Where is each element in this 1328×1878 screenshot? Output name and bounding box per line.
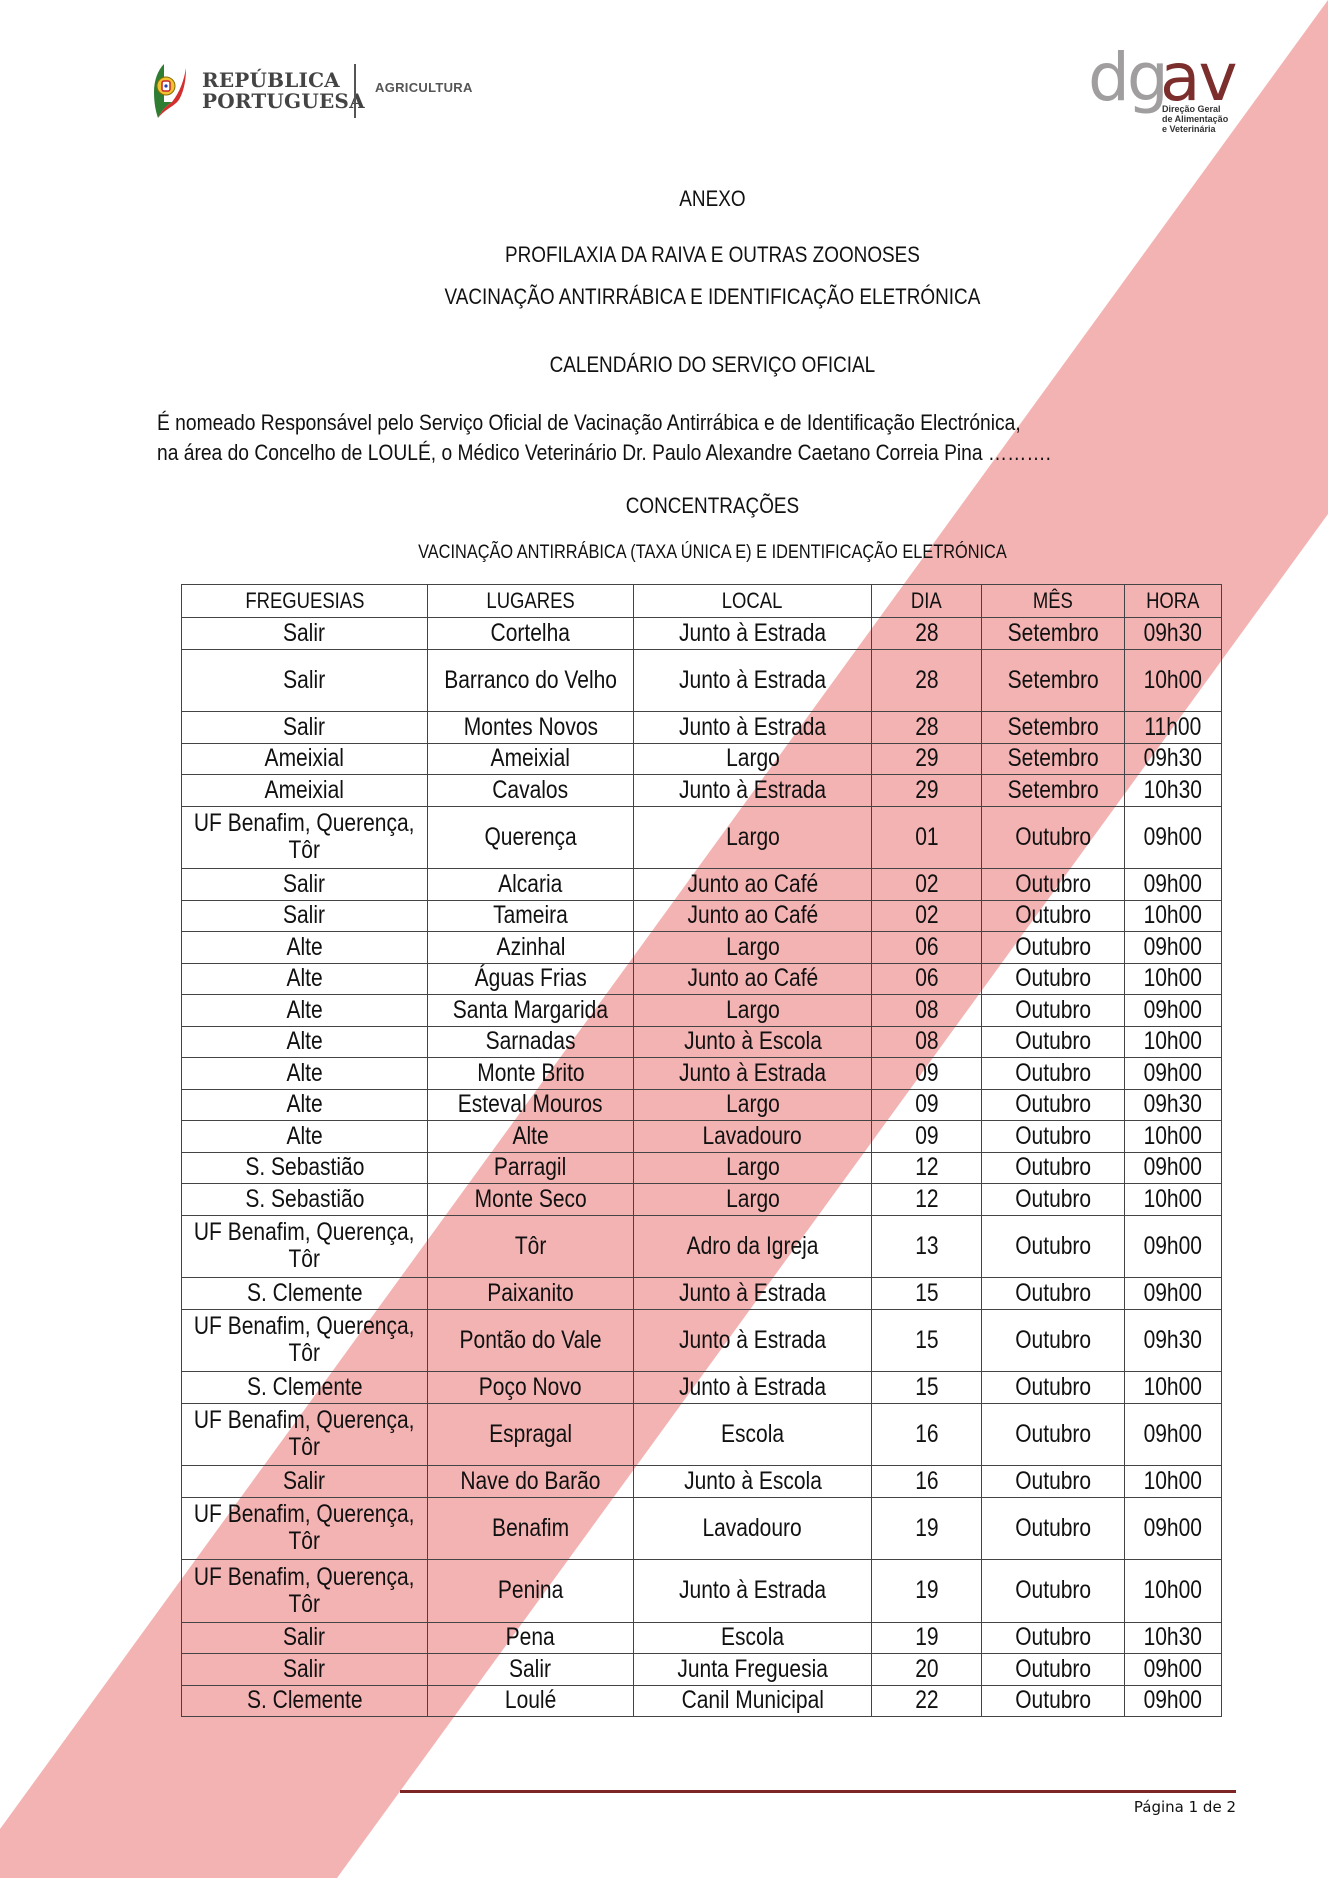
cell-lugar: Tameira xyxy=(428,900,634,932)
cell-mes: Setembro xyxy=(982,618,1125,650)
cell-mes: Outubro xyxy=(982,1685,1125,1717)
cell-local: Junto ao Café xyxy=(634,900,872,932)
table-row: AlteÁguas FriasJunto ao Café06Outubro10h… xyxy=(182,963,1222,995)
table-body: SalirCortelhaJunto à Estrada28Setembro09… xyxy=(182,618,1222,1717)
table-row: UF Benafim, Querença, TôrPeninaJunto à E… xyxy=(182,1560,1222,1623)
table-row: AmeixialCavalosJunto à Estrada29Setembro… xyxy=(182,775,1222,807)
cell-mes: Setembro xyxy=(982,743,1125,775)
cell-dia: 09 xyxy=(872,1058,982,1090)
cell-freguesia: S. Sebastião xyxy=(182,1184,428,1216)
cell-hora: 10h00 xyxy=(1125,1121,1222,1153)
cell-hora: 09h00 xyxy=(1125,1497,1222,1560)
cell-freguesia: UF Benafim, Querença, Tôr xyxy=(182,1215,428,1278)
cell-lugar: Alte xyxy=(428,1121,634,1153)
dgav-sub-line-1: Direção Geral xyxy=(1162,104,1228,114)
logo-line-2: PORTUGUESA xyxy=(202,91,365,112)
cell-hora: 09h00 xyxy=(1125,1058,1222,1090)
cell-dia: 29 xyxy=(872,775,982,807)
cell-local: Junto à Estrada xyxy=(634,712,872,744)
table-row: S. ClementePoço NovoJunto à Estrada15Out… xyxy=(182,1372,1222,1404)
table-row: S. SebastiãoParragilLargo12Outubro09h00 xyxy=(182,1152,1222,1184)
logo-divider xyxy=(354,64,356,118)
cell-dia: 08 xyxy=(872,995,982,1027)
cell-lugar: Ameixial xyxy=(428,743,634,775)
table-row: SalirBarranco do VelhoJunto à Estrada28S… xyxy=(182,649,1222,712)
cell-dia: 15 xyxy=(872,1278,982,1310)
appointment-paragraph: É nomeado Responsável pelo Serviço Ofici… xyxy=(157,408,1269,468)
cell-hora: 10h00 xyxy=(1125,1560,1222,1623)
cell-lugar: Pontão do Vale xyxy=(428,1309,634,1372)
table-row: SalirNave do BarãoJunto à Escola16Outubr… xyxy=(182,1466,1222,1498)
cell-freguesia: Ameixial xyxy=(182,743,428,775)
cell-hora: 10h30 xyxy=(1125,775,1222,807)
cell-freguesia: UF Benafim, Querença, Tôr xyxy=(182,1403,428,1466)
cell-lugar: Pena xyxy=(428,1622,634,1654)
cell-dia: 22 xyxy=(872,1685,982,1717)
cell-hora: 09h00 xyxy=(1125,869,1222,901)
cell-local: Junto à Estrada xyxy=(634,1309,872,1372)
cell-lugar: Loulé xyxy=(428,1685,634,1717)
footer-rule xyxy=(400,1790,1236,1793)
table-row: SalirAlcariaJunto ao Café02Outubro09h00 xyxy=(182,869,1222,901)
table-row: UF Benafim, Querença, TôrBenafimLavadour… xyxy=(182,1497,1222,1560)
table-row: UF Benafim, Querença, TôrTôrAdro da Igre… xyxy=(182,1215,1222,1278)
annex-heading: ANEXO xyxy=(100,186,1326,212)
cell-mes: Outubro xyxy=(982,900,1125,932)
cell-local: Junto à Estrada xyxy=(634,618,872,650)
cell-freguesia: UF Benafim, Querença, Tôr xyxy=(182,1497,428,1560)
cell-lugar: Poço Novo xyxy=(428,1372,634,1404)
cell-dia: 20 xyxy=(872,1654,982,1686)
cell-local: Junta Freguesia xyxy=(634,1654,872,1686)
schedule-table: FREGUESIAS LUGARES LOCAL DIA MÊS HORA Sa… xyxy=(181,584,1222,1717)
cell-hora: 09h00 xyxy=(1125,995,1222,1027)
column-header: FREGUESIAS xyxy=(182,585,428,618)
cell-freguesia: Alte xyxy=(182,1089,428,1121)
cell-freguesia: Salir xyxy=(182,1466,428,1498)
cell-lugar: Esteval Mouros xyxy=(428,1089,634,1121)
cell-freguesia: S. Clemente xyxy=(182,1278,428,1310)
section-heading: CONCENTRAÇÕES xyxy=(100,493,1326,519)
republica-portuguesa-logo: REPÚBLICA PORTUGUESA xyxy=(150,62,365,120)
cell-dia: 15 xyxy=(872,1309,982,1372)
cell-lugar: Paixanito xyxy=(428,1278,634,1310)
cell-dia: 28 xyxy=(872,618,982,650)
cell-local: Escola xyxy=(634,1403,872,1466)
cell-local: Junto à Estrada xyxy=(634,649,872,712)
cell-freguesia: Salir xyxy=(182,712,428,744)
cell-hora: 09h30 xyxy=(1125,743,1222,775)
cell-freguesia: UF Benafim, Querença, Tôr xyxy=(182,806,428,869)
cell-freguesia: S. Clemente xyxy=(182,1372,428,1404)
cell-mes: Outubro xyxy=(982,1654,1125,1686)
table-row: AlteMonte BritoJunto à Estrada09Outubro0… xyxy=(182,1058,1222,1090)
cell-local: Largo xyxy=(634,932,872,964)
page-number: Página 1 de 2 xyxy=(1134,1798,1236,1816)
cell-lugar: Santa Margarida xyxy=(428,995,634,1027)
paragraph-line-2: na área do Concelho de LOULÉ, o Médico V… xyxy=(157,438,1269,468)
table-row: AmeixialAmeixialLargo29Setembro09h30 xyxy=(182,743,1222,775)
cell-mes: Outubro xyxy=(982,1215,1125,1278)
cell-dia: 08 xyxy=(872,1026,982,1058)
dgav-sub-line-2: de Alimentação xyxy=(1162,114,1228,124)
cell-hora: 10h30 xyxy=(1125,1622,1222,1654)
cell-dia: 19 xyxy=(872,1622,982,1654)
cell-dia: 19 xyxy=(872,1560,982,1623)
table-row: SalirPenaEscola19Outubro10h30 xyxy=(182,1622,1222,1654)
cell-mes: Outubro xyxy=(982,1152,1125,1184)
cell-lugar: Cortelha xyxy=(428,618,634,650)
cell-hora: 09h00 xyxy=(1125,1654,1222,1686)
cell-mes: Outubro xyxy=(982,1121,1125,1153)
cell-mes: Outubro xyxy=(982,1497,1125,1560)
cell-dia: 09 xyxy=(872,1121,982,1153)
cell-freguesia: Salir xyxy=(182,869,428,901)
column-header: LUGARES xyxy=(428,585,634,618)
portuguese-flag-icon xyxy=(150,62,188,120)
cell-lugar: Nave do Barão xyxy=(428,1466,634,1498)
cell-local: Largo xyxy=(634,1152,872,1184)
cell-hora: 10h00 xyxy=(1125,1372,1222,1404)
cell-lugar: Cavalos xyxy=(428,775,634,807)
cell-mes: Outubro xyxy=(982,963,1125,995)
cell-hora: 10h00 xyxy=(1125,1026,1222,1058)
cell-lugar: Barranco do Velho xyxy=(428,649,634,712)
cell-hora: 10h00 xyxy=(1125,1184,1222,1216)
cell-freguesia: Alte xyxy=(182,1026,428,1058)
cell-mes: Setembro xyxy=(982,712,1125,744)
cell-freguesia: Alte xyxy=(182,1058,428,1090)
cell-freguesia: Ameixial xyxy=(182,775,428,807)
table-row: SalirCortelhaJunto à Estrada28Setembro09… xyxy=(182,618,1222,650)
cell-freguesia: Alte xyxy=(182,1121,428,1153)
cell-hora: 09h00 xyxy=(1125,1685,1222,1717)
column-header: MÊS xyxy=(982,585,1125,618)
cell-mes: Outubro xyxy=(982,1309,1125,1372)
table-row: SalirTameiraJunto ao Café02Outubro10h00 xyxy=(182,900,1222,932)
cell-dia: 16 xyxy=(872,1403,982,1466)
cell-freguesia: UF Benafim, Querença, Tôr xyxy=(182,1309,428,1372)
document-title-2: VACINAÇÃO ANTIRRÁBICA E IDENTIFICAÇÃO EL… xyxy=(100,284,1326,310)
cell-hora: 09h00 xyxy=(1125,932,1222,964)
cell-dia: 09 xyxy=(872,1089,982,1121)
document-title-1: PROFILAXIA DA RAIVA E OUTRAS ZOONOSES xyxy=(100,242,1326,268)
cell-hora: 10h00 xyxy=(1125,649,1222,712)
cell-local: Lavadouro xyxy=(634,1497,872,1560)
cell-lugar: Espragal xyxy=(428,1403,634,1466)
document-page: REPÚBLICA PORTUGUESA AGRICULTURA dg av D… xyxy=(0,0,1328,1878)
table-row: UF Benafim, Querença, TôrPontão do ValeJ… xyxy=(182,1309,1222,1372)
cell-dia: 12 xyxy=(872,1184,982,1216)
cell-freguesia: Salir xyxy=(182,900,428,932)
cell-lugar: Salir xyxy=(428,1654,634,1686)
cell-mes: Outubro xyxy=(982,1184,1125,1216)
cell-mes: Setembro xyxy=(982,775,1125,807)
cell-hora: 09h30 xyxy=(1125,1309,1222,1372)
cell-freguesia: Salir xyxy=(182,618,428,650)
cell-local: Junto à Estrada xyxy=(634,775,872,807)
cell-local: Largo xyxy=(634,995,872,1027)
table-row: SalirMontes NovosJunto à Estrada28Setemb… xyxy=(182,712,1222,744)
cell-local: Largo xyxy=(634,806,872,869)
cell-lugar: Parragil xyxy=(428,1152,634,1184)
cell-freguesia: Alte xyxy=(182,963,428,995)
table-row: AlteAzinhalLargo06Outubro09h00 xyxy=(182,932,1222,964)
cell-local: Junto à Estrada xyxy=(634,1372,872,1404)
column-header: DIA xyxy=(872,585,982,618)
cell-dia: 06 xyxy=(872,963,982,995)
cell-freguesia: S. Sebastião xyxy=(182,1152,428,1184)
cell-mes: Outubro xyxy=(982,1058,1125,1090)
cell-lugar: Tôr xyxy=(428,1215,634,1278)
cell-local: Largo xyxy=(634,743,872,775)
dgav-sub-line-3: e Veterinária xyxy=(1162,124,1228,134)
cell-hora: 09h00 xyxy=(1125,1278,1222,1310)
cell-dia: 28 xyxy=(872,712,982,744)
paragraph-line-1: É nomeado Responsável pelo Serviço Ofici… xyxy=(157,408,1269,438)
cell-mes: Outubro xyxy=(982,1372,1125,1404)
cell-mes: Setembro xyxy=(982,649,1125,712)
cell-local: Adro da Igreja xyxy=(634,1215,872,1278)
table-row: AlteSarnadasJunto à Escola08Outubro10h00 xyxy=(182,1026,1222,1058)
cell-lugar: Montes Novos xyxy=(428,712,634,744)
cell-lugar: Monte Brito xyxy=(428,1058,634,1090)
cell-mes: Outubro xyxy=(982,995,1125,1027)
calendar-heading: CALENDÁRIO DO SERVIÇO OFICIAL xyxy=(100,352,1326,378)
cell-lugar: Alcaria xyxy=(428,869,634,901)
dgav-subtitle: Direção Geral de Alimentação e Veterinár… xyxy=(1162,104,1228,134)
cell-mes: Outubro xyxy=(982,806,1125,869)
column-header: HORA xyxy=(1125,585,1222,618)
cell-freguesia: UF Benafim, Querença, Tôr xyxy=(182,1560,428,1623)
cell-local: Junto à Estrada xyxy=(634,1278,872,1310)
cell-local: Canil Municipal xyxy=(634,1685,872,1717)
cell-freguesia: Salir xyxy=(182,649,428,712)
cell-lugar: Sarnadas xyxy=(428,1026,634,1058)
cell-dia: 29 xyxy=(872,743,982,775)
cell-lugar: Penina xyxy=(428,1560,634,1623)
cell-hora: 10h00 xyxy=(1125,963,1222,995)
table-row: AlteSanta MargaridaLargo08Outubro09h00 xyxy=(182,995,1222,1027)
cell-mes: Outubro xyxy=(982,869,1125,901)
cell-mes: Outubro xyxy=(982,1466,1125,1498)
logo-line-1: REPÚBLICA xyxy=(202,70,365,91)
section-subheading: VACINAÇÃO ANTIRRÁBICA (TAXA ÚNICA E) E I… xyxy=(100,542,1326,564)
table-row: UF Benafim, Querença, TôrQuerençaLargo01… xyxy=(182,806,1222,869)
cell-dia: 13 xyxy=(872,1215,982,1278)
cell-mes: Outubro xyxy=(982,1403,1125,1466)
cell-mes: Outubro xyxy=(982,1560,1125,1623)
cell-dia: 01 xyxy=(872,806,982,869)
table-header-row: FREGUESIAS LUGARES LOCAL DIA MÊS HORA xyxy=(182,585,1222,618)
cell-dia: 19 xyxy=(872,1497,982,1560)
cell-lugar: Azinhal xyxy=(428,932,634,964)
department-label: AGRICULTURA xyxy=(375,80,473,95)
republica-portuguesa-wordmark: REPÚBLICA PORTUGUESA xyxy=(202,70,365,112)
cell-local: Junto ao Café xyxy=(634,869,872,901)
cell-lugar: Águas Frias xyxy=(428,963,634,995)
cell-hora: 09h00 xyxy=(1125,1215,1222,1278)
cell-local: Junto à Escola xyxy=(634,1026,872,1058)
cell-dia: 12 xyxy=(872,1152,982,1184)
column-header: LOCAL xyxy=(634,585,872,618)
cell-hora: 11h00 xyxy=(1125,712,1222,744)
cell-mes: Outubro xyxy=(982,1089,1125,1121)
cell-lugar: Querença xyxy=(428,806,634,869)
cell-freguesia: Alte xyxy=(182,932,428,964)
cell-hora: 09h00 xyxy=(1125,1152,1222,1184)
cell-local: Lavadouro xyxy=(634,1121,872,1153)
cell-mes: Outubro xyxy=(982,932,1125,964)
cell-lugar: Benafim xyxy=(428,1497,634,1560)
cell-freguesia: Salir xyxy=(182,1654,428,1686)
cell-mes: Outubro xyxy=(982,1026,1125,1058)
table-row: AlteAlteLavadouro09Outubro10h00 xyxy=(182,1121,1222,1153)
cell-hora: 09h00 xyxy=(1125,1403,1222,1466)
cell-lugar: Monte Seco xyxy=(428,1184,634,1216)
cell-dia: 28 xyxy=(872,649,982,712)
table-row: S. ClementePaixanitoJunto à Estrada15Out… xyxy=(182,1278,1222,1310)
cell-dia: 15 xyxy=(872,1372,982,1404)
table-row: S. SebastiãoMonte SecoLargo12Outubro10h0… xyxy=(182,1184,1222,1216)
cell-freguesia: Alte xyxy=(182,995,428,1027)
table-row: S. ClementeLouléCanil Municipal22Outubro… xyxy=(182,1685,1222,1717)
cell-hora: 09h00 xyxy=(1125,806,1222,869)
table-row: UF Benafim, Querença, TôrEspragalEscola1… xyxy=(182,1403,1222,1466)
cell-dia: 02 xyxy=(872,869,982,901)
cell-hora: 09h30 xyxy=(1125,1089,1222,1121)
cell-mes: Outubro xyxy=(982,1278,1125,1310)
cell-dia: 02 xyxy=(872,900,982,932)
cell-local: Junto à Escola xyxy=(634,1466,872,1498)
dgav-gray-letters: dg xyxy=(1088,42,1166,116)
cell-local: Largo xyxy=(634,1184,872,1216)
cell-hora: 10h00 xyxy=(1125,1466,1222,1498)
table-row: AlteEsteval MourosLargo09Outubro09h30 xyxy=(182,1089,1222,1121)
cell-freguesia: Salir xyxy=(182,1622,428,1654)
cell-freguesia: S. Clemente xyxy=(182,1685,428,1717)
cell-local: Largo xyxy=(634,1089,872,1121)
table-row: SalirSalirJunta Freguesia20Outubro09h00 xyxy=(182,1654,1222,1686)
cell-local: Junto à Estrada xyxy=(634,1560,872,1623)
cell-dia: 06 xyxy=(872,932,982,964)
cell-hora: 09h30 xyxy=(1125,618,1222,650)
cell-mes: Outubro xyxy=(982,1622,1125,1654)
cell-local: Junto à Estrada xyxy=(634,1058,872,1090)
cell-local: Escola xyxy=(634,1622,872,1654)
cell-dia: 16 xyxy=(872,1466,982,1498)
cell-hora: 10h00 xyxy=(1125,900,1222,932)
cell-local: Junto ao Café xyxy=(634,963,872,995)
